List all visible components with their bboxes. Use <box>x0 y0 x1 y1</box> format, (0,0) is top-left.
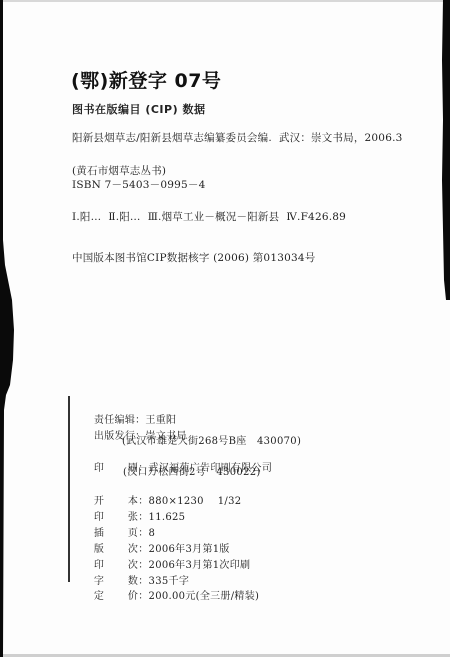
imprint-rule <box>68 396 70 582</box>
cip-verification: 中国版本图书馆CIP数据核字 (2006) 第013034号 <box>72 250 315 265</box>
copyright-page: (鄂)新登字 07号 图书在版编目 (CIP) 数据 阳新县烟草志/阳新县烟草志… <box>0 0 450 657</box>
imprint-price: 定价：200.00元(全三册/精装) <box>80 576 259 613</box>
price-label-b: 价： <box>128 591 149 602</box>
printer-address: (汉口万松西街2号 430022) <box>123 463 261 478</box>
registration-title: (鄂)新登字 07号 <box>71 66 221 93</box>
price-label-a: 定 <box>94 587 127 602</box>
scan-left-shadow <box>0 0 16 657</box>
cip-series: (黄石市烟草志丛书) <box>72 163 166 178</box>
price-value: 200.00元(全三册/精装) <box>149 591 260 602</box>
cip-record: 阳新县烟草志/阳新县烟草志编纂委员会编. 武汉：崇文书局，2006.3 <box>72 130 403 145</box>
scan-top-edge <box>0 0 450 2</box>
printer-label-a: 印 <box>94 459 127 474</box>
publisher-address: (武汉市雄楚大街268号B座 430070) <box>122 432 301 447</box>
cip-subjects: Ⅰ.阳… Ⅱ.阳… Ⅲ.烟草工业－概况－阳新县 Ⅳ.F426.89 <box>72 209 346 224</box>
cip-heading: 图书在版编目 (CIP) 数据 <box>72 101 205 117</box>
scan-right-shadow <box>438 0 450 657</box>
cip-isbn: ISBN 7－5403－0995－4 <box>72 177 206 192</box>
